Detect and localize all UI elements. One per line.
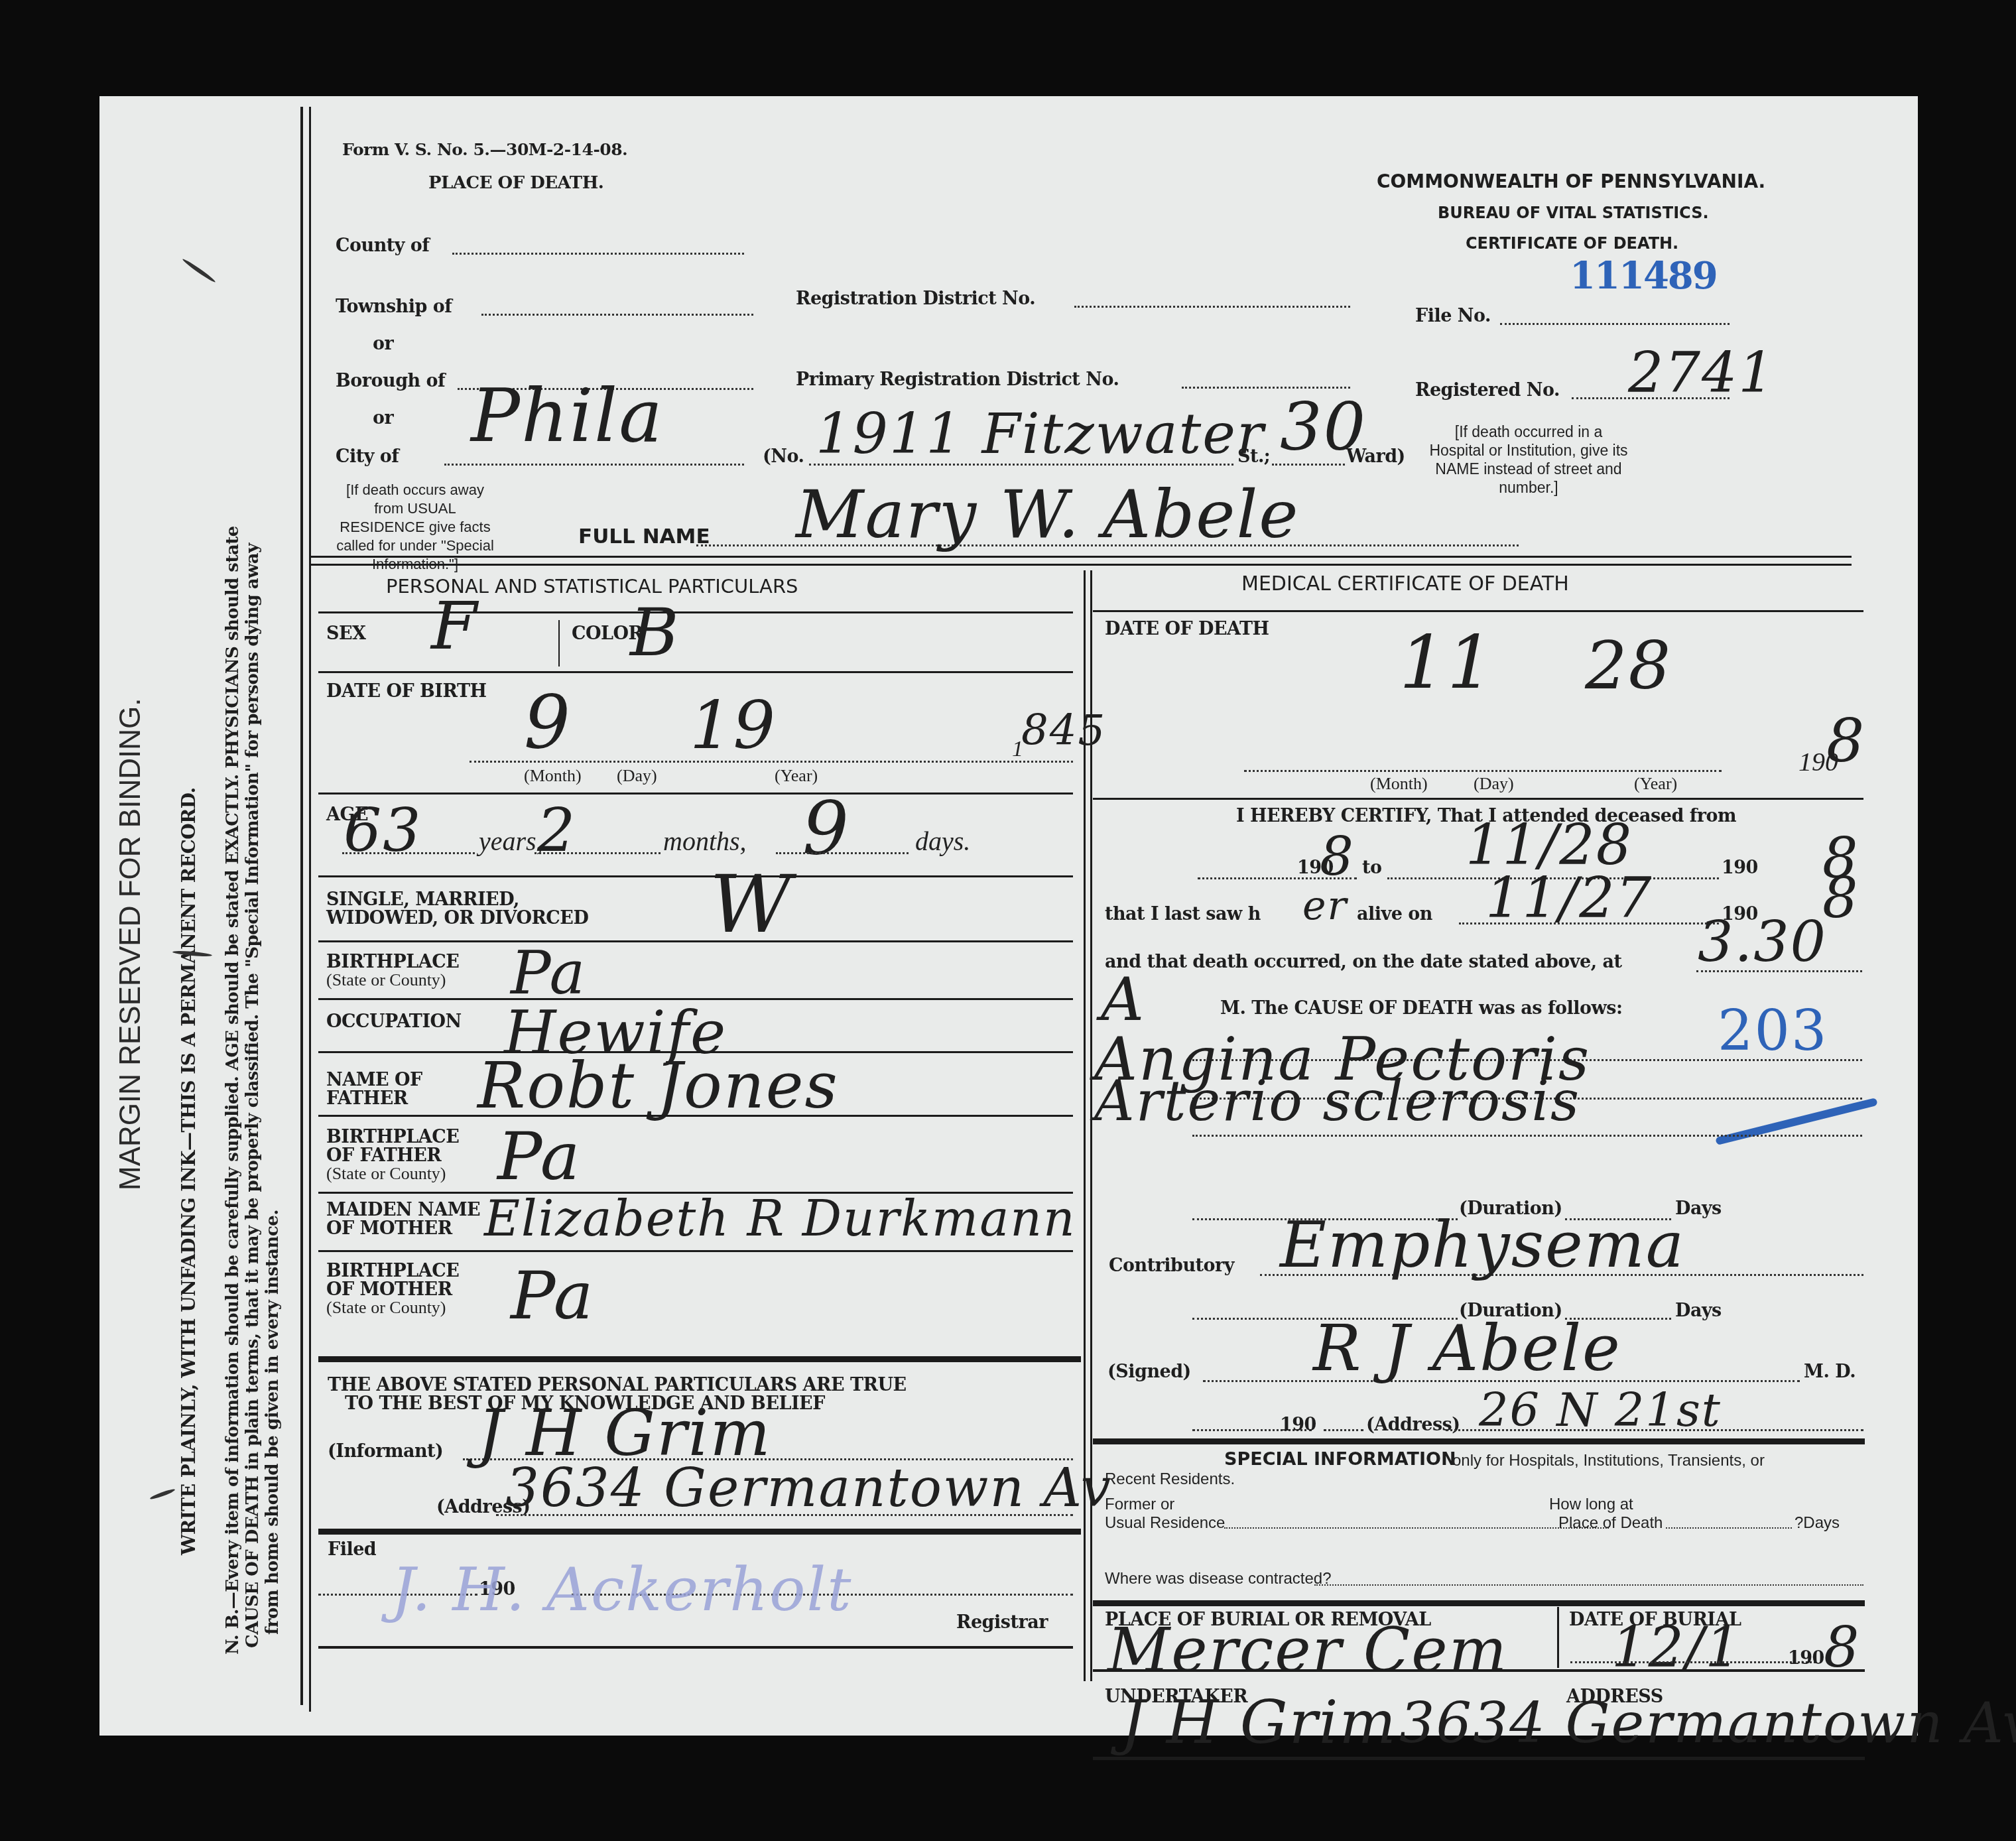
or-label-2: or (373, 408, 393, 428)
dod-day-value: 28 (1585, 627, 1672, 704)
father-birthplace-label-2: OF FATHER (326, 1145, 441, 1166)
how-long-label-2: Place of Death (1558, 1514, 1663, 1533)
registration-district-label: Registration District No. (796, 288, 1035, 309)
commonwealth-heading: COMMONWEALTH OF PENNSYLVANIA. (1377, 170, 1765, 192)
frame-left-inner (309, 107, 311, 1712)
informant-statement-1: THE ABOVE STATED PERSONAL PARTICULARS AR… (328, 1375, 907, 1395)
from-year-value: 8 (1320, 826, 1355, 887)
blue-pencil-mark (1715, 1098, 1877, 1145)
mother-birthplace-label-2: OF MOTHER (326, 1279, 452, 1300)
marital-value: W (710, 859, 792, 951)
age-years-field[interactable] (342, 852, 475, 854)
street-value: 1911 Fitzwater (816, 401, 1265, 466)
dob-year-value: 845 (1021, 706, 1106, 755)
signed-value: R J Abele (1313, 1311, 1621, 1385)
registration-district-field[interactable] (1074, 306, 1350, 308)
stamp-number: 111489 (1570, 254, 1717, 298)
former-residence-label-2: Usual Residence (1105, 1514, 1225, 1533)
last-saw-pronoun: er (1302, 883, 1348, 929)
time-value: 3.30 (1698, 909, 1827, 974)
informant-address-value: 3634 Germantown Av (505, 1457, 1112, 1519)
or-label-1: or (373, 334, 393, 354)
days-caption: days. (915, 826, 970, 857)
age-months-value: 2 (537, 796, 576, 865)
filed-divider (318, 1529, 1081, 1535)
away-from-residence-note: [If death occurs away from USUAL RESIDEN… (336, 481, 495, 574)
header-divider-2 (309, 564, 1852, 566)
medical-row-line (1093, 798, 1863, 800)
file-no-field[interactable] (1500, 323, 1730, 325)
form-number: Form V. S. No. 5.—30M-2-14-08. (342, 140, 627, 159)
personal-row-line (318, 671, 1073, 673)
binding-hole (149, 1488, 176, 1500)
medical-row-line (1093, 610, 1863, 612)
death-certificate: MARGIN RESERVED FOR BINDING. WRITE PLAIN… (99, 96, 1918, 1736)
special-info-divider (1093, 1438, 1865, 1444)
undertaker-divider (1093, 1669, 1865, 1672)
special-info-subtitle-2: Recent Residents. (1105, 1470, 1235, 1489)
hospital-note: [If death occurred in a Hospital or Inst… (1426, 422, 1631, 497)
margin-nb-line-3: from home should be given in every insta… (263, 1210, 283, 1635)
last-saw-label: that I last saw h (1105, 904, 1261, 924)
sign-year-field[interactable] (1324, 1429, 1363, 1431)
registrar-signature: J. H. Ackerholt (391, 1555, 852, 1625)
date-of-birth-label: DATE OF BIRTH (326, 681, 487, 702)
ward-label: Ward) (1346, 446, 1405, 467)
sex-label: SEX (326, 623, 366, 644)
physician-address-value: 26 N 21st (1479, 1383, 1722, 1437)
mother-maiden-label-1: MAIDEN NAME (326, 1200, 480, 1220)
filed-label: Filed (328, 1539, 376, 1560)
burial-place-value: Mercer Cem (1107, 1615, 1508, 1686)
dod-year-caption: (Year) (1634, 774, 1677, 794)
city-value: Phila (471, 373, 664, 458)
father-name-label-2: FATHER (326, 1088, 408, 1109)
father-name-label-1: NAME OF (326, 1070, 422, 1090)
birthplace-caption: (State or County) (326, 970, 446, 990)
bottom-rule-right (1093, 1757, 1865, 1760)
primary-registration-label: Primary Registration District No. (796, 369, 1119, 390)
full-name-value: Mary W. Abele (796, 476, 1300, 553)
dob-month-value: 9 (524, 680, 572, 765)
duration-days-2: Days (1675, 1301, 1722, 1321)
bureau-heading: BUREAU OF VITAL STATISTICS. (1438, 204, 1709, 222)
years-caption: years, (479, 826, 543, 857)
st-label: St.; (1237, 446, 1270, 467)
marital-label-1: SINGLE, MARRIED, (326, 889, 519, 910)
county-field[interactable] (452, 253, 744, 255)
mother-birthplace-caption: (State or County) (326, 1298, 446, 1318)
last-saw-value: 11/27 (1485, 865, 1653, 930)
alive-on-label: alive on (1357, 904, 1432, 924)
how-long-days-label: ?Days (1795, 1514, 1840, 1533)
mother-maiden-value: Elizabeth R Durkmann (484, 1190, 1076, 1247)
to-year-label: 190 (1722, 857, 1758, 878)
margin-nb-line-1: N. B.—Every item of information should b… (223, 526, 243, 1655)
disease-contracted-field[interactable] (1314, 1584, 1863, 1586)
dob-year-caption: (Year) (775, 766, 818, 786)
full-name-label: FULL NAME (578, 525, 710, 548)
personal-row-line (318, 793, 1073, 794)
frame-left (300, 107, 303, 1705)
how-long-label-1: How long at (1549, 1495, 1633, 1514)
cause-secondary: Arterio sclerosis (1094, 1068, 1580, 1133)
special-info-subtitle: only for Hospitals, Institutions, Transi… (1452, 1452, 1765, 1470)
special-info-title: SPECIAL INFORMATION (1224, 1449, 1456, 1470)
mother-birthplace-value: Pa (511, 1257, 594, 1334)
father-name-value: Robt Jones (477, 1048, 839, 1123)
undertaker-address-value: 3634 Germantown Av (1399, 1690, 2016, 1755)
father-birthplace-label-1: BIRTHPLACE (326, 1127, 459, 1147)
street-number-label: (No. (763, 446, 804, 467)
informant-label: (Informant) (328, 1441, 443, 1462)
disease-contracted-label: Where was disease contracted? (1105, 1570, 1332, 1588)
burial-divider-vertical (1557, 1607, 1559, 1668)
father-birthplace-value: Pa (497, 1117, 581, 1195)
age-years-value: 63 (344, 796, 422, 865)
place-of-death-heading: PLACE OF DEATH. (428, 173, 603, 193)
color-value: B (630, 594, 680, 671)
sex-value: F (431, 587, 478, 665)
burial-divider (1093, 1600, 1865, 1606)
township-field[interactable] (481, 314, 753, 316)
former-residence-field[interactable] (1224, 1527, 1609, 1529)
personal-row-line (318, 1250, 1073, 1252)
dod-day-caption: (Day) (1474, 774, 1514, 794)
margin-binding-text: MARGIN RESERVED FOR BINDING. (114, 698, 147, 1190)
occupation-label: OCCUPATION (326, 1011, 462, 1032)
sign-year-label: 190 (1280, 1415, 1316, 1435)
dob-month-caption: (Month) (524, 766, 582, 786)
certificate-heading: CERTIFICATE OF DEATH. (1466, 234, 1678, 253)
last-saw-year-value: 8 (1822, 865, 1859, 930)
contributory-value: Emphysema (1280, 1208, 1685, 1282)
registered-no-value: 2741 (1628, 340, 1775, 405)
medical-certificate-title: MEDICAL CERTIFICATE OF DEATH (1241, 572, 1569, 596)
file-no-label: File No. (1415, 306, 1491, 326)
dod-year-value: 8 (1826, 706, 1865, 776)
borough-label: Borough of (336, 371, 445, 391)
how-long-field[interactable] (1666, 1527, 1792, 1529)
personal-row-line (318, 1115, 1073, 1117)
burial-year-label: 190 (1788, 1648, 1824, 1669)
cause-code: 203 (1718, 998, 1828, 1063)
cause-of-death-intro: M. The CAUSE OF DEATH was as follows: (1220, 998, 1623, 1019)
mother-maiden-label-2: OF MOTHER (326, 1218, 452, 1239)
md-label: M. D. (1804, 1362, 1856, 1382)
date-of-death-label: DATE OF DEATH (1105, 619, 1269, 639)
father-birthplace-caption: (State or County) (326, 1164, 446, 1184)
marital-label-2: WIDOWED, OR DIVORCED (326, 908, 588, 928)
margin-write-plainly: WRITE PLAINLY, WITH UNFADING INK—THIS IS… (178, 787, 200, 1555)
township-label: Township of (336, 296, 452, 317)
former-residence-label-1: Former or (1105, 1495, 1174, 1514)
registered-no-label: Registered No. (1415, 380, 1560, 401)
margin-nb-line-2: CAUSE OF DEATH in plain terms, that it m… (243, 543, 263, 1648)
signed-label: (Signed) (1107, 1362, 1191, 1382)
death-occurred-label: and that death occurred, on the date sta… (1105, 952, 1622, 972)
mother-birthplace-label-1: BIRTHPLACE (326, 1261, 459, 1281)
physician-address-label: (Address) (1366, 1415, 1460, 1435)
sex-color-divider (558, 620, 560, 667)
cause-line-3[interactable] (1192, 1135, 1862, 1137)
dod-month-value: 11 (1399, 620, 1495, 705)
dob-day-value: 19 (690, 686, 777, 764)
city-field[interactable] (444, 464, 744, 466)
burial-date-field[interactable] (1570, 1661, 1816, 1663)
header-divider-1 (309, 556, 1852, 558)
dob-day-caption: (Day) (617, 766, 657, 786)
binding-hole (182, 257, 217, 283)
age-months-field[interactable] (535, 852, 661, 854)
personal-row-line (318, 875, 1073, 877)
months-caption: months, (663, 826, 747, 857)
bottom-rule-left (318, 1646, 1073, 1649)
informant-divider (318, 1356, 1081, 1362)
registrar-label: Registrar (956, 1612, 1048, 1633)
birthplace-label: BIRTHPLACE (326, 952, 459, 972)
city-label: City of (336, 446, 399, 467)
age-days-value: 9 (802, 786, 850, 871)
dod-month-caption: (Month) (1370, 774, 1428, 794)
age-days-field[interactable] (776, 852, 909, 854)
contributory-label: Contributory (1109, 1255, 1234, 1276)
dod-field[interactable] (1244, 770, 1722, 772)
personal-row-line (318, 940, 1073, 942)
county-label: County of (336, 235, 429, 256)
undertaker-value: J H Grim (1121, 1688, 1397, 1757)
to-label: to (1362, 857, 1381, 878)
